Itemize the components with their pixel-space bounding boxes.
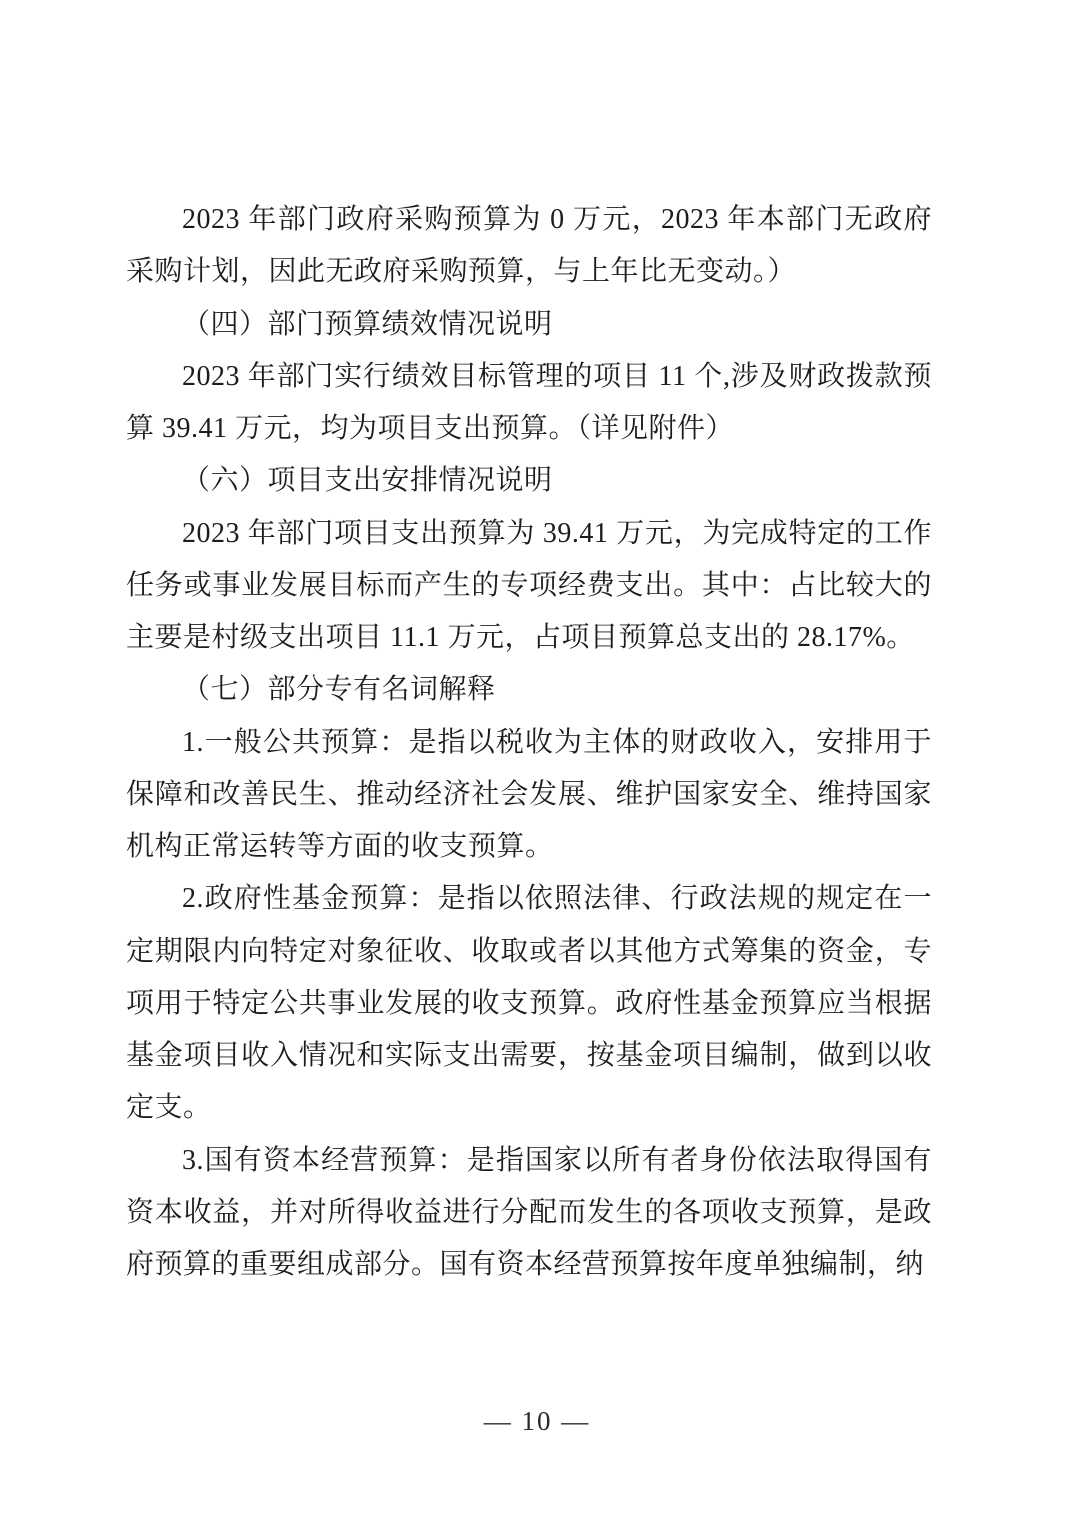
- paragraph-glossary-state-capital-budget: 3.国有资本经营预算：是指国家以所有者身份依法取得国有资本收益，并对所得收益进行…: [126, 1135, 932, 1292]
- section-heading-4-performance: （四）部门预算绩效情况说明: [126, 299, 932, 351]
- paragraph-procurement-note: 2023 年部门政府采购预算为 0 万元，2023 年本部门无政府采购计划，因此…: [126, 194, 932, 299]
- page-number: — 10 —: [0, 1406, 1074, 1437]
- paragraph-glossary-government-fund-budget: 2.政府性基金预算：是指以依照法律、行政法规的规定在一定期限内向特定对象征收、收…: [126, 873, 932, 1134]
- document-page: 2023 年部门政府采购预算为 0 万元，2023 年本部门无政府采购计划，因此…: [0, 0, 1074, 1520]
- section-heading-7-glossary: （七）部分专有名词解释: [126, 664, 932, 716]
- document-text-block: 2023 年部门政府采购预算为 0 万元，2023 年本部门无政府采购计划，因此…: [126, 194, 932, 1291]
- paragraph-performance-targets: 2023 年部门实行绩效目标管理的项目 11 个,涉及财政拨款预算 39.41 …: [126, 351, 932, 456]
- paragraph-glossary-general-public-budget: 1.一般公共预算：是指以税收为主体的财政收入，安排用于保障和改善民生、推动经济社…: [126, 717, 932, 874]
- section-heading-6-project-expenditure: （六）项目支出安排情况说明: [126, 455, 932, 507]
- paragraph-project-expenditure-detail: 2023 年部门项目支出预算为 39.41 万元，为完成特定的工作任务或事业发展…: [126, 508, 932, 665]
